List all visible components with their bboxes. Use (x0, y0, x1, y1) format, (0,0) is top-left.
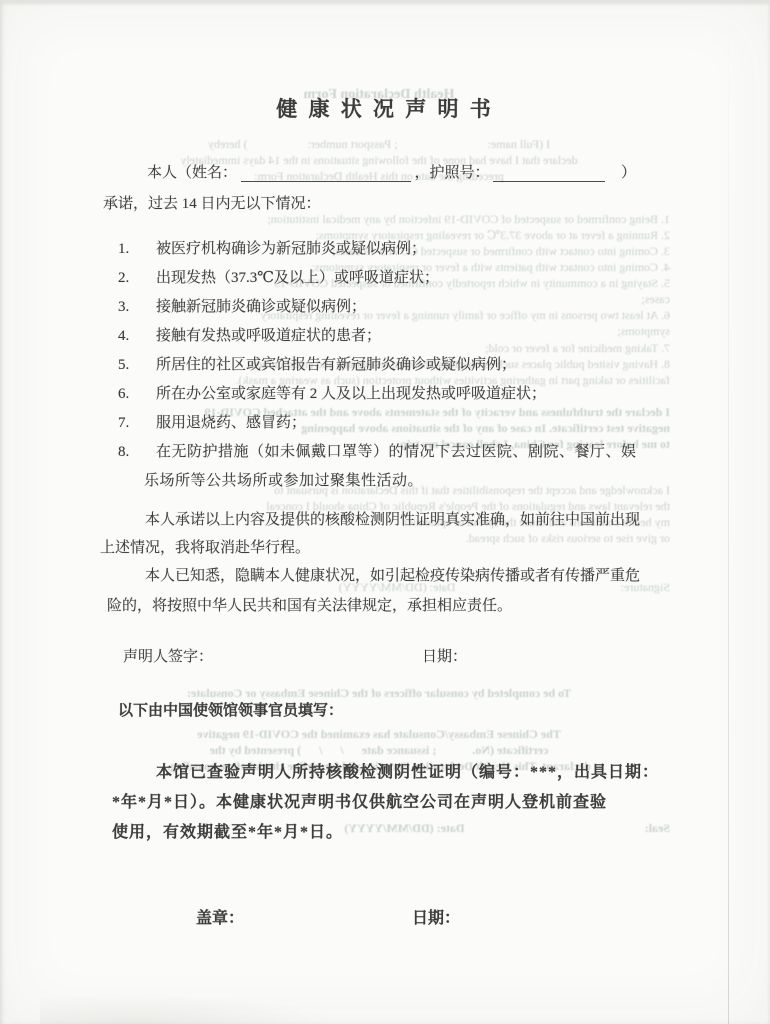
declaration-2-line-2: 险的，将按照中华人民共和国有关法律规定，承担相应责任。 (107, 597, 512, 616)
item-5-text: 所居住的社区或宾馆报告有新冠肺炎确诊或疑似病例； (156, 356, 516, 375)
passport-blank-field (493, 166, 605, 182)
consular-line-2: *年*月*日）。本健康状况声明书仅供航空公司在声明人登机前查验 (112, 793, 607, 812)
item-4-number: 4. (118, 327, 129, 346)
item-4-text: 接触有发热或呼吸道症状的患者； (156, 327, 381, 346)
consular-line-3: 使用，有效期截至*年*月*日。 (112, 823, 343, 842)
declaration-2-line-1: 本人已知悉，隐瞒本人健康状况，如引起检疫传染病传播或者有传播严重危 (145, 567, 640, 586)
name-passport-line: 本人（姓名： ，护照号： ） (147, 161, 636, 182)
consular-line-1: 本馆已查验声明人所持核酸检测阴性证明（编号：***，出具日期： (156, 763, 659, 782)
item-2-text: 出现发热（37.3℃及以上）或呼吸道症状； (156, 269, 439, 288)
passport-field-label: ，护照号： (415, 165, 490, 181)
item-3-number: 3. (118, 298, 129, 317)
consular-section-header: 以下由中国使领馆领事官员填写： (118, 702, 343, 721)
item-1-number: 1. (118, 240, 129, 259)
item-7-text: 服用退烧药、感冒药； (156, 414, 306, 433)
page-edge-shadow (728, 0, 729, 1024)
form-title: 健 康 状 况 声 明 书 (0, 100, 770, 119)
item-8-number: 8. (118, 443, 129, 462)
form-content-layer: 本人（姓名： ，护照号： ） 健 康 状 况 声 明 书承诺，过去 14 日内无… (0, 0, 770, 1024)
item-5-number: 5. (118, 356, 129, 375)
declaration-1-line-1: 本人承诺以上内容及提供的核酸检测阴性证明真实准确，如前往中国前出现 (145, 511, 640, 530)
declaration-1-line-2: 上述情况，我将取消赴华行程。 (100, 539, 310, 558)
name-blank-field (241, 166, 411, 182)
promise-line: 承诺，过去 14 日内无以下情况： (103, 195, 321, 214)
item-6-number: 6. (118, 385, 129, 404)
closing-paren: ） (621, 165, 636, 181)
seal-date-label: 日期： (412, 909, 460, 928)
name-field-label: 本人（姓名： (147, 165, 237, 181)
item-6-text: 所在办公室或家庭等有 2 人及以上出现发热或呼吸道症状； (156, 385, 546, 404)
item-7-number: 7. (118, 414, 129, 433)
declarant-signature-label: 声明人签字： (123, 648, 213, 667)
item-1-text: 被医疗机构确诊为新冠肺炎或疑似病例； (156, 240, 426, 259)
item-8-text-wrap: 乐场所等公共场所或参加过聚集性活动。 (144, 472, 423, 491)
item-3-text: 接触新冠肺炎确诊或疑似病例； (156, 298, 366, 317)
item-2-number: 2. (118, 269, 129, 288)
scanned-health-declaration-page: Health Declaration FormI (Full name: ; P… (0, 0, 770, 1024)
item-8-text: 在无防护措施（如未佩戴口罩等）的情况下去过医院、剧院、餐厅、娱 (156, 443, 637, 462)
declarant-date-label: 日期： (422, 648, 467, 667)
seal-label: 盖章： (196, 909, 244, 928)
